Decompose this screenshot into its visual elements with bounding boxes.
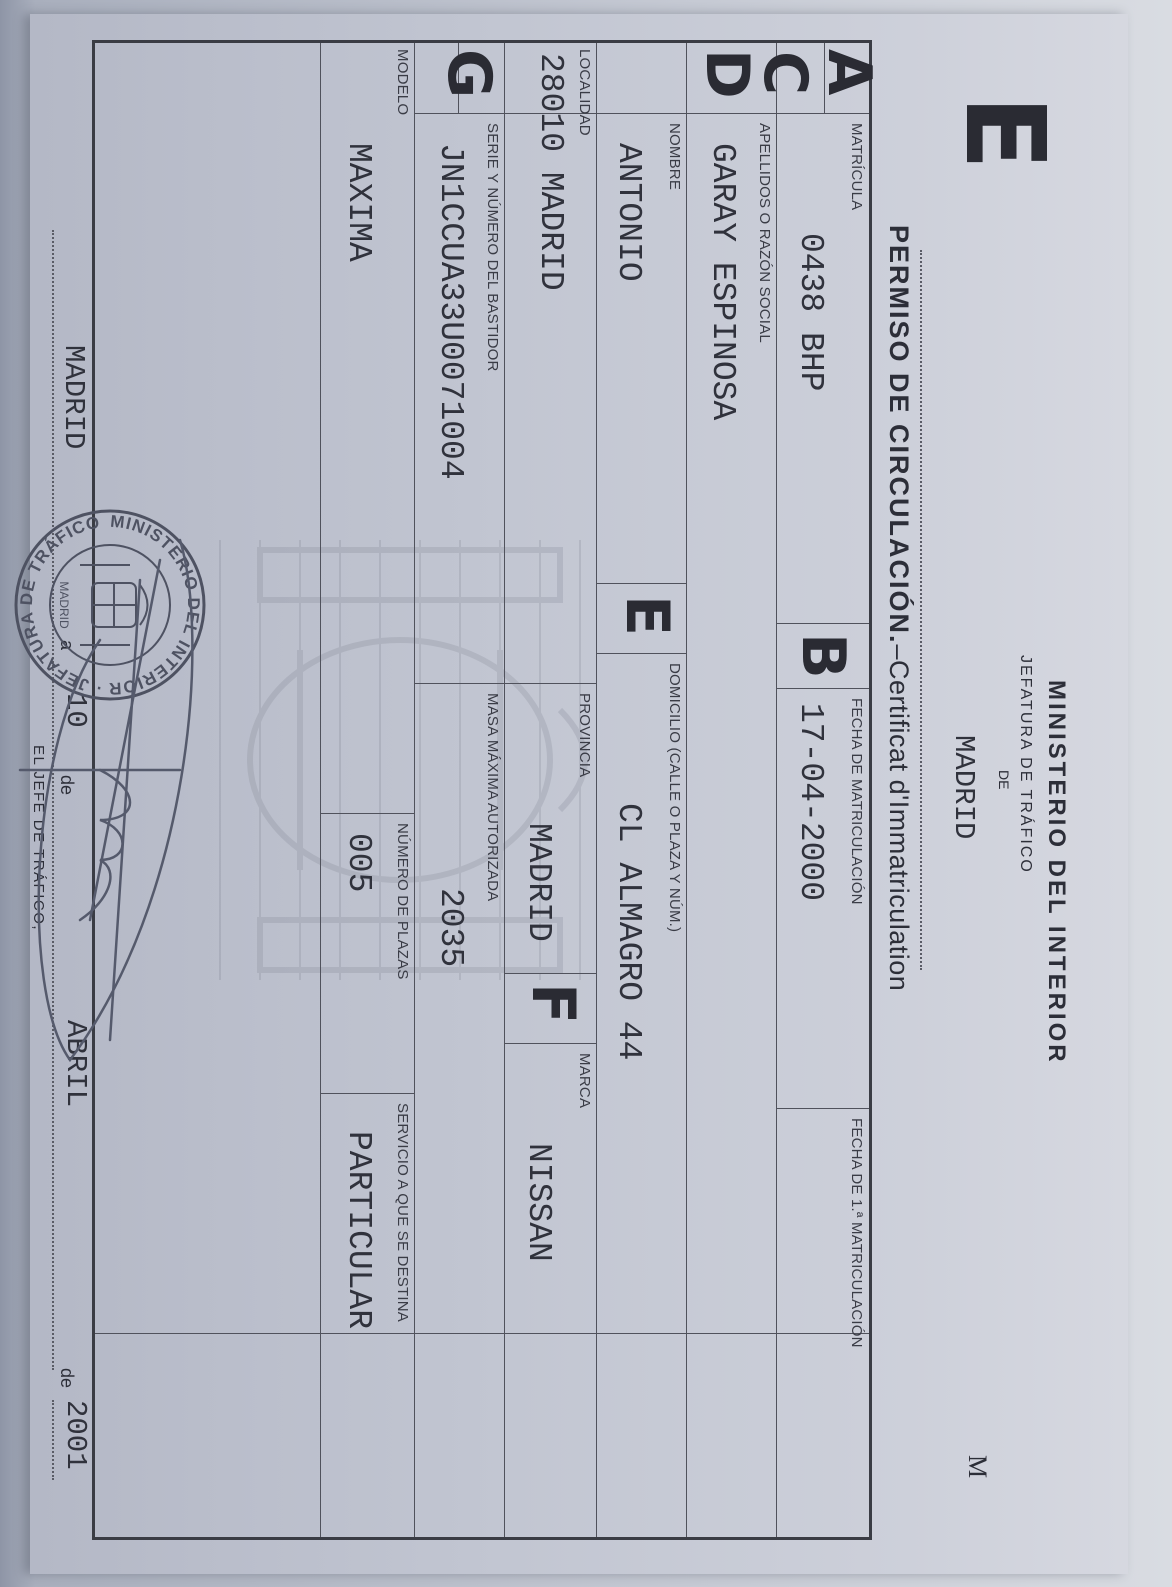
registration-certificate: E MINISTERIO DEL INTERIOR JEFATURA DE TR… (0, 0, 1100, 1587)
label-matricula: MATRÍCULA (848, 123, 865, 210)
col-divider (777, 1108, 869, 1109)
dotted-line (52, 1400, 54, 1480)
value-modelo: MAXIMA (340, 143, 377, 262)
label-domicilio: DOMICILIO (CALLE O PLAZA Y NÚM.) (666, 663, 683, 932)
col-divider (505, 973, 597, 974)
de-label: DE (996, 770, 1012, 789)
value-nombre: ANTONIO (610, 143, 647, 282)
corner-mark: M (962, 1455, 992, 1478)
issue-de-year-label: de (56, 1368, 77, 1388)
value-localidad: 28010 MADRID (532, 53, 569, 291)
value-apellidos: GARAY ESPINOSA (704, 143, 741, 420)
label-localidad: LOCALIDAD (576, 49, 593, 136)
row-divider (414, 43, 415, 1537)
label-nombre: NOMBRE (666, 123, 683, 190)
row-divider (320, 43, 321, 1537)
label-fecha-matriculacion: FECHA DE MATRICULACIÓN (848, 698, 865, 905)
office-name: MADRID (947, 735, 980, 839)
col-divider (597, 653, 687, 654)
label-provincia: PROVINCIA (576, 693, 593, 777)
field-letter-b: B (793, 633, 853, 679)
label-masa: MASA MÁXIMA AUTORIZADA (484, 693, 501, 901)
col-divider (415, 683, 505, 684)
field-letter-a: A (819, 49, 879, 95)
value-domicilio: CL ALMAGRO 44 (610, 803, 647, 1060)
value-bastidor: JN1CCUA33U0071004 (432, 143, 469, 480)
title-subtitle: –Certificat d'Immatriculation (884, 645, 914, 992)
label-plazas: NÚMERO DE PLAZAS (394, 823, 411, 980)
row-divider (686, 43, 687, 1537)
jefatura-label: JEFATURA DE TRÁFICO (1016, 655, 1034, 874)
title-main: PERMISO DE CIRCULACIÓN. (884, 225, 914, 645)
category-letter: E (950, 95, 1060, 170)
value-servicio: PARTICULAR (340, 1131, 377, 1329)
row-divider (504, 43, 505, 1537)
field-letter-g: G (439, 49, 499, 98)
col-divider (321, 813, 415, 814)
field-letter-f: F (523, 983, 583, 1024)
col-divider (505, 1043, 597, 1044)
col-divider (597, 583, 687, 584)
label-apellidos: APELLIDOS O RAZÓN SOCIAL (756, 123, 773, 343)
value-masa: 2035 (432, 888, 469, 967)
issue-city: MADRID (57, 345, 90, 449)
label-bastidor: SERIE Y NÚMERO DEL BASTIDOR (484, 123, 501, 372)
field-letter-d: D (697, 49, 757, 99)
ministry-name: MINISTERIO DEL INTERIOR (1042, 680, 1070, 1065)
value-provincia: MADRID (520, 823, 557, 942)
field-letter-c: C (755, 51, 815, 95)
value-matricula: 0438 BHP (792, 233, 829, 391)
value-marca: NISSAN (520, 1143, 557, 1262)
col-divider (321, 1093, 415, 1094)
col-divider (505, 683, 597, 684)
field-letter-e: E (617, 595, 677, 636)
row-divider (596, 43, 597, 1537)
value-plazas: 005 (340, 833, 377, 892)
dotted-line (920, 250, 922, 970)
document-title: PERMISO DE CIRCULACIÓN.–Certificat d'Imm… (883, 225, 914, 991)
issue-year: 2001 (59, 1400, 92, 1470)
value-fecha-matriculacion: 17-04-2000 (792, 703, 829, 901)
label-modelo: MODELO (394, 49, 411, 115)
signature-icon (10, 520, 220, 1080)
row-divider (776, 43, 777, 1537)
label-fecha-primera-matriculacion: FECHA DE 1.ª MATRICULACIÓN (848, 1118, 865, 1348)
label-servicio: SERVICIO A QUE SE DESTINA (394, 1103, 411, 1322)
label-marca: MARCA (576, 1053, 593, 1108)
letter-box-divider (415, 113, 505, 114)
col-divider (777, 623, 869, 624)
col-divider (95, 1333, 869, 1334)
col-divider (777, 688, 869, 689)
